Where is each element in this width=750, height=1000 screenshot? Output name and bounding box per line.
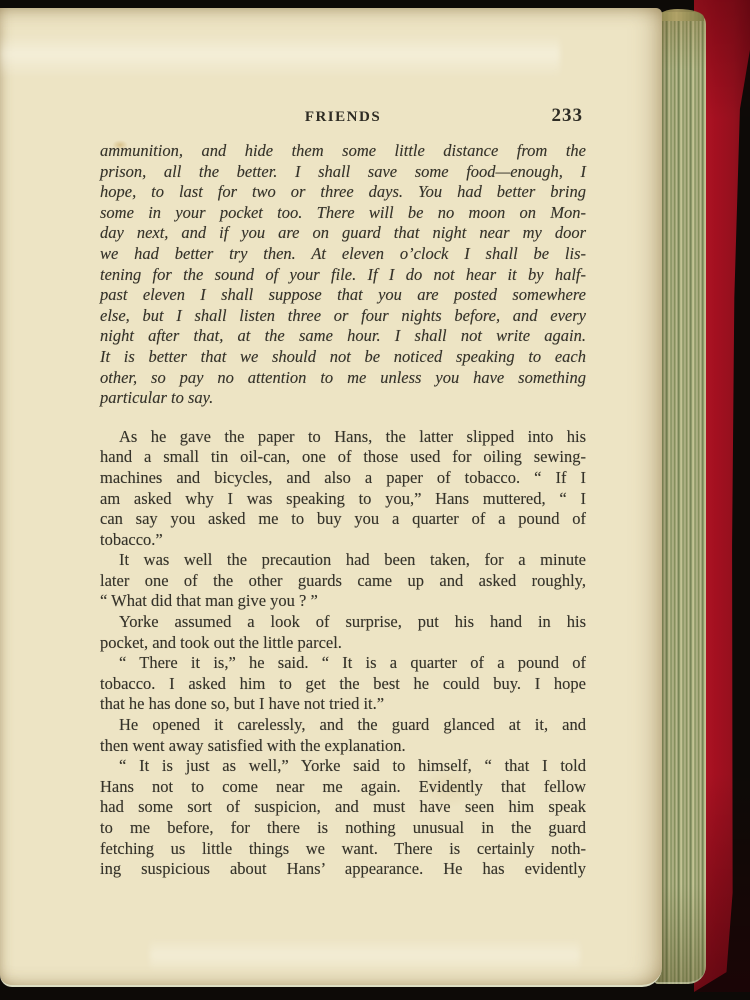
letter-paragraph: ammunition, and hide them some little di… [100,141,586,409]
text-line: we had better try then. At eleven o’cloc… [100,244,586,265]
text-line: particular to say. [100,388,586,409]
text-line: hope, to last for two or three days. You… [100,182,586,203]
text-line: tobacco.” [100,530,586,551]
text-line: “ It is just as well,” Yorke said to him… [100,756,586,777]
text-line: Yorke assumed a look of surprise, put hi… [100,612,586,633]
text-line: As he gave the paper to Hans, the latter… [100,427,586,448]
text-line: can say you asked me to buy you a quarte… [100,509,586,530]
text-line: other, so pay no attention to me unless … [100,368,586,389]
text-line: “ There it is,” he said. “ It is a quart… [100,653,586,674]
text-line: “ What did that man give you ? ” [100,591,586,612]
photo-background: { "book_page": { "running_head": "FRIEND… [0,0,750,1000]
text-line: pocket, and took out the little parcel. [100,633,586,654]
book-page: FRIENDS 233 ammunition, and hide them so… [0,8,662,987]
text-line: hand a small tin oil-can, one of those u… [100,447,586,468]
text-line: am asked why I was speaking to you,” Han… [100,489,586,510]
text-line: He opened it carelessly, and the guard g… [100,715,586,736]
scan-glare-top [0,34,560,78]
body-paragraph: Yorke assumed a look of surprise, put hi… [100,612,586,653]
text-line: tening for the sound of your file. If I … [100,265,586,286]
text-line: ing suspicious about Hans’ appearance. H… [100,859,586,880]
body-paragraph: As he gave the paper to Hans, the latter… [100,427,586,551]
body-paragraph: “ There it is,” he said. “ It is a quart… [100,653,586,715]
page-header: FRIENDS 233 [100,109,586,128]
text-line: had some sort of suspicion, and must hav… [100,797,586,818]
text-line: Hans not to come near me again. Evidentl… [100,777,586,798]
text-line: day next, and if you are on guard that n… [100,223,586,244]
text-block: FRIENDS 233 ammunition, and hide them so… [100,109,586,880]
text-line: prison, all the better. I shall save som… [100,162,586,183]
text-line: that he has done so, but I have not trie… [100,694,586,715]
body-paragraph: “ It is just as well,” Yorke said to him… [100,756,586,880]
body-paragraph: He opened it carelessly, and the guard g… [100,715,586,756]
text-line: machines and bicycles, and also a paper … [100,468,586,489]
text-line: later one of the other guards came up an… [100,571,586,592]
text-line: tobacco. I asked him to get the best he … [100,674,586,695]
body-paragraph: It was well the precaution had been take… [100,550,586,612]
text-line: some in your pocket too. There will be n… [100,203,586,224]
text-line: ammunition, and hide them some little di… [100,141,586,162]
running-head: FRIENDS [100,109,586,126]
text-line: past eleven I shall suppose that you are… [100,285,586,306]
text-body: ammunition, and hide them some little di… [100,141,586,880]
page-number: 233 [552,105,584,127]
text-line: else, but I shall listen three or four n… [100,306,586,327]
text-line: to me before, for there is nothing unusu… [100,818,586,839]
text-line: It is better that we should not be notic… [100,347,586,368]
scan-glare-bottom [150,938,580,972]
text-line: then went away satisfied with the explan… [100,736,586,757]
text-line: night after that, at the same hour. I sh… [100,326,586,347]
text-line: fetching us little things we want. There… [100,839,586,860]
text-line: It was well the precaution had been take… [100,550,586,571]
